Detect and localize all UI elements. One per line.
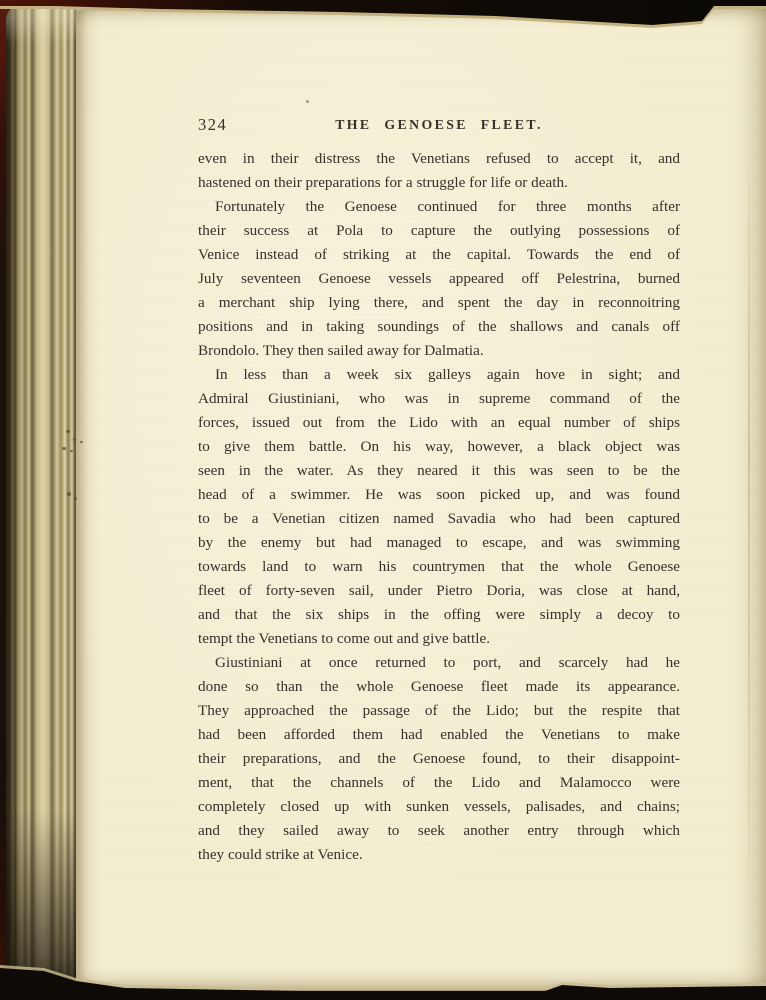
text-line: Venice instead of striking at the capita… (198, 243, 680, 267)
text-line: seen in the water. As they neared it thi… (198, 459, 680, 483)
running-head: THE GENOESE FLEET. (198, 114, 680, 133)
text-line: by the enemy but had managed to escape, … (198, 531, 680, 555)
text-line: their preparations, and the Genoese foun… (198, 747, 680, 771)
paragraph: even in their distress the Venetians ref… (198, 147, 680, 195)
text-line: July seventeen Genoese vessels appeared … (198, 267, 680, 291)
foxing-speck (73, 438, 76, 441)
page-crease-line (748, 128, 750, 930)
text-line: Admiral Giustiniani, who was in supreme … (198, 387, 680, 411)
text-line: and that the six ships in the offing wer… (198, 603, 680, 627)
text-line: a merchant ship lying there, and spent t… (198, 291, 680, 315)
text-line: done so than the whole Genoese fleet mad… (198, 675, 680, 699)
text-line: In less than a week six galleys again ho… (198, 363, 680, 387)
paragraph: In less than a week six galleys again ho… (198, 363, 680, 651)
foxing-speck (67, 492, 71, 496)
text-line: forces, issued out from the Lido with an… (198, 411, 680, 435)
text-line: tempt the Venetians to come out and give… (198, 627, 680, 651)
text-line: They approached the passage of the Lido;… (198, 699, 680, 723)
paragraph: Giustiniani at once returned to port, an… (198, 651, 680, 867)
text-line: Giustiniani at once returned to port, an… (198, 651, 680, 675)
text-line: had been afforded them had enabled the V… (198, 723, 680, 747)
text-line: Brondolo. They then sailed away for Dalm… (198, 339, 680, 363)
text-line: they could strike at Venice. (198, 843, 680, 867)
text-line: head of a swimmer. He was soon picked up… (198, 483, 680, 507)
text-line: and they sailed away to seek another ent… (198, 819, 680, 843)
text-line: even in their distress the Venetians ref… (198, 147, 680, 171)
foxing-speck (80, 441, 83, 443)
text-line: to be a Venetian citizen named Savadia w… (198, 507, 680, 531)
text-line: Fortunately the Genoese continued for th… (198, 195, 680, 219)
text-line: completely closed up with sunken vessels… (198, 795, 680, 819)
text-line: hastened on their preparations for a str… (198, 171, 680, 195)
page-number: 324 (198, 115, 227, 135)
foxing-speck (70, 450, 73, 452)
foxing-speck (62, 447, 66, 450)
book-photo: 324 THE GENOESE FLEET. even in their dis… (0, 0, 766, 1000)
page-header: 324 THE GENOESE FLEET. (198, 114, 680, 136)
text-line: fleet of forty-seven sail, under Pietro … (198, 579, 680, 603)
text-line: positions and in taking soundings of the… (198, 315, 680, 339)
text-line: their success at Pola to capture the out… (198, 219, 680, 243)
foxing-speck (74, 497, 77, 500)
text-line: to give them battle. On his way, however… (198, 435, 680, 459)
ink-speck (306, 100, 309, 103)
text-line: ment, that the channels of the Lido and … (198, 771, 680, 795)
text-block: even in their distress the Venetians ref… (198, 147, 680, 867)
paragraph: Fortunately the Genoese continued for th… (198, 195, 680, 363)
text-line: towards land to warn his countrymen that… (198, 555, 680, 579)
foxing-speck (66, 430, 70, 433)
